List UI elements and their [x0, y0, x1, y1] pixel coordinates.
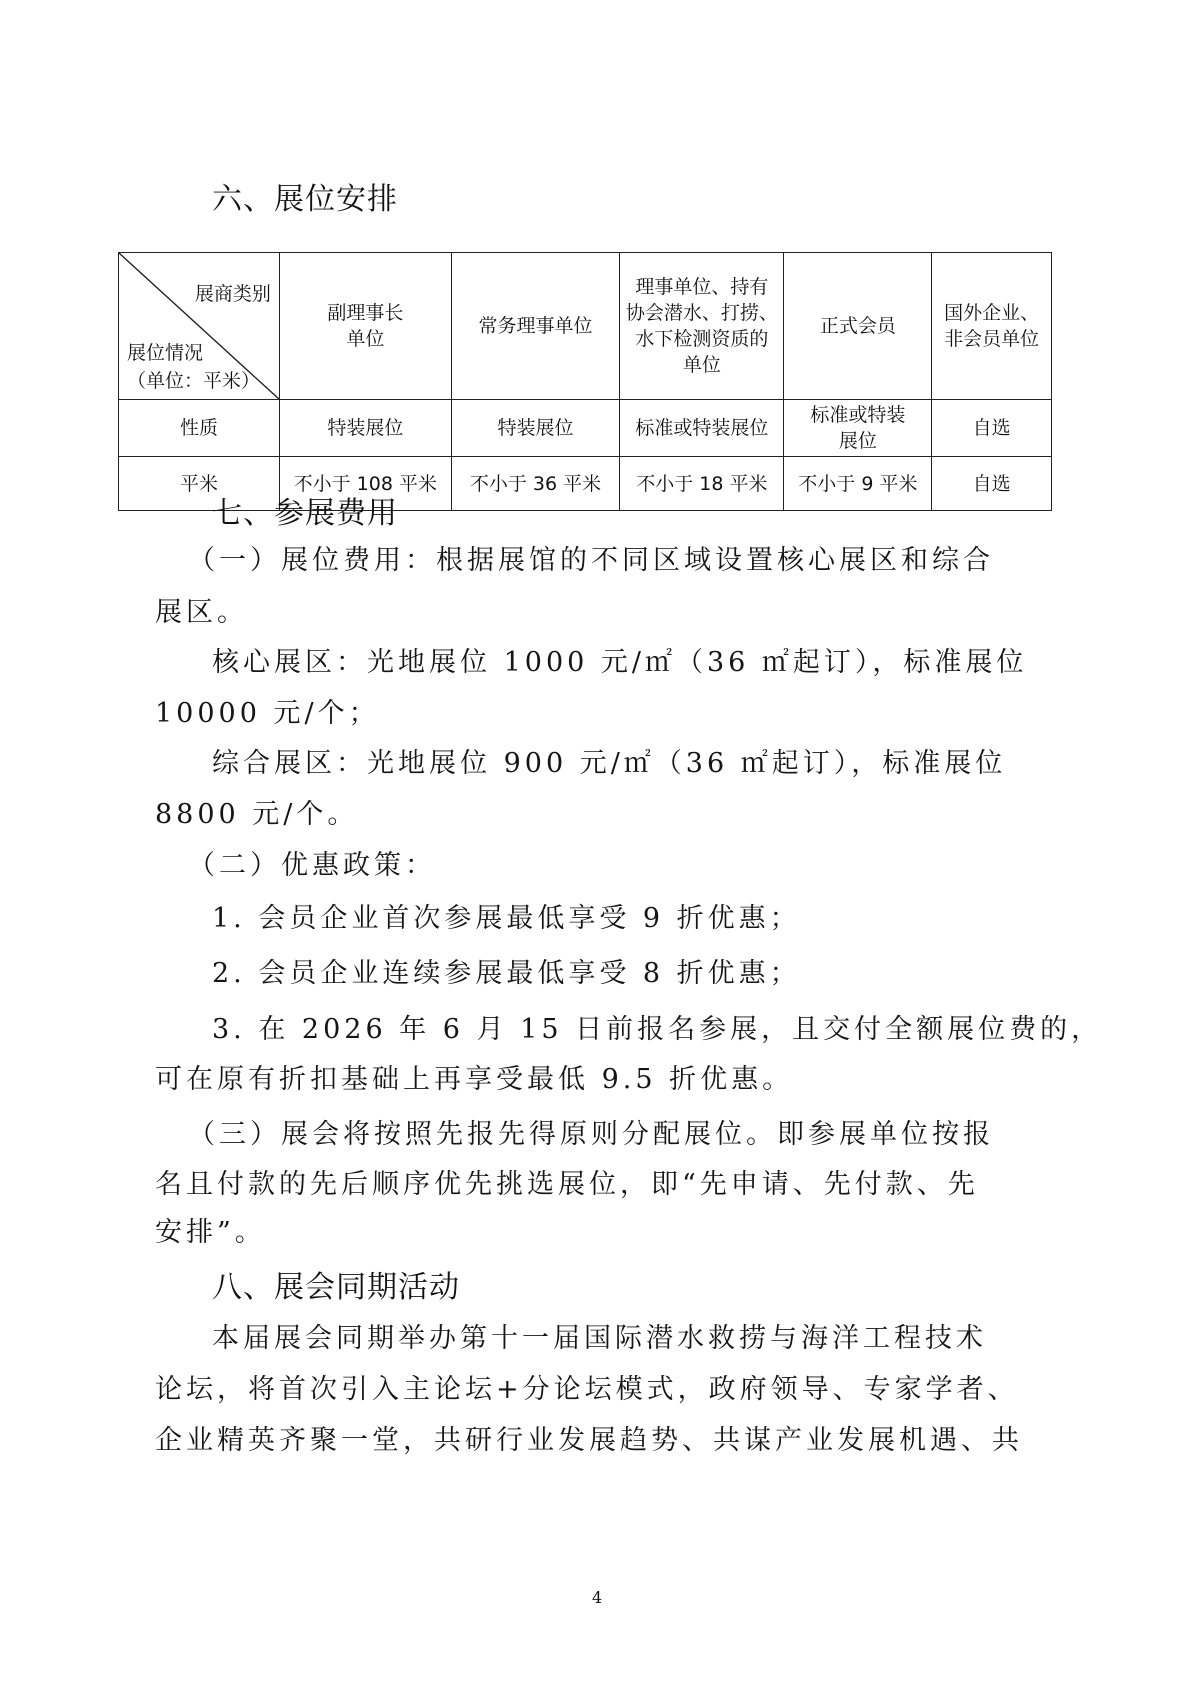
document-page: 六、展位安排 展商类别 展位情况 （单位：平米） 副理事长单位 常务理事单位 理… [0, 0, 1192, 1685]
table-cell: 不小于 18 平米 [620, 457, 784, 511]
header-cell: 正式会员 [784, 253, 932, 400]
header-cell: 理事单位、持有协会潜水、打捞、水下检测资质的单位 [620, 253, 784, 400]
list-item: 1. 会员企业首次参展最低享受 9 折优惠； [212, 896, 801, 935]
paragraph: 本届展会同期举办第十一届国际潜水救捞与海洋工程技术 [212, 1316, 987, 1355]
section-title-booth-arrangement: 六、展位安排 [212, 174, 398, 218]
paragraph: 安排”。 [155, 1210, 266, 1249]
header-cell: 副理事长单位 [279, 253, 451, 400]
paragraph: 名且付款的先后顺序优先挑选展位，即“先申请、先付款、先 [155, 1162, 979, 1201]
paragraph: （二）优惠政策： [188, 843, 436, 882]
paragraph: 综合展区：光地展位 900 元/㎡（36 ㎡起订），标准展位 [212, 741, 1006, 780]
paragraph: （三）展会将按照先报先得原则分配展位。即参展单位按报 [188, 1112, 994, 1151]
table-cell: 标准或特装展位 [620, 400, 784, 457]
section-title-concurrent-events: 八、展会同期活动 [212, 1262, 460, 1306]
booth-arrangement-table: 展商类别 展位情况 （单位：平米） 副理事长单位 常务理事单位 理事单位、持有协… [118, 252, 1052, 511]
paragraph: 展区。 [155, 590, 248, 629]
paragraph: 8800 元/个。 [155, 792, 358, 831]
paragraph: （一）展位费用：根据展馆的不同区域设置核心展区和综合 [188, 538, 994, 577]
paragraph: 核心展区：光地展位 1000 元/㎡（36 ㎡起订），标准展位 [212, 640, 1027, 679]
table-cell: 不小于 9 平米 [784, 457, 932, 511]
section-title-fees: 七、参展费用 [212, 488, 398, 532]
list-item: 2. 会员企业连续参展最低享受 8 折优惠； [212, 951, 801, 990]
table-header-row: 展商类别 展位情况 （单位：平米） 副理事长单位 常务理事单位 理事单位、持有协… [119, 253, 1052, 400]
header-cell: 常务理事单位 [451, 253, 620, 400]
table-cell: 不小于 36 平米 [451, 457, 620, 511]
header-cell: 国外企业、非会员单位 [932, 253, 1052, 400]
paragraph: 企业精英齐聚一堂，共研行业发展趋势、共谋产业发展机遇、共 [155, 1418, 1023, 1457]
paragraph: 10000 元/个； [155, 691, 380, 730]
page-number: 4 [592, 1588, 602, 1607]
table-cell: 自选 [932, 457, 1052, 511]
table-cell: 标准或特装展位 [784, 400, 932, 457]
corner-label-exhibitor-type: 展商类别 [195, 281, 271, 307]
table-row: 性质 特装展位 特装展位 标准或特装展位 标准或特装展位 自选 [119, 400, 1052, 457]
list-item: 3. 在 2026 年 6 月 15 日前报名参展，且交付全额展位费的， [212, 1007, 1102, 1046]
corner-label-booth-info: 展位情况 （单位：平米） [127, 339, 260, 395]
table-cell: 特装展位 [451, 400, 620, 457]
paragraph: 论坛，将首次引入主论坛+分论坛模式，政府领导、专家学者、 [155, 1367, 1019, 1406]
table-cell: 特装展位 [279, 400, 451, 457]
row-label: 性质 [119, 400, 280, 457]
table-cell: 自选 [932, 400, 1052, 457]
paragraph: 可在原有折扣基础上再享受最低 9.5 折优惠。 [155, 1057, 793, 1096]
table-corner-cell: 展商类别 展位情况 （单位：平米） [119, 253, 280, 400]
